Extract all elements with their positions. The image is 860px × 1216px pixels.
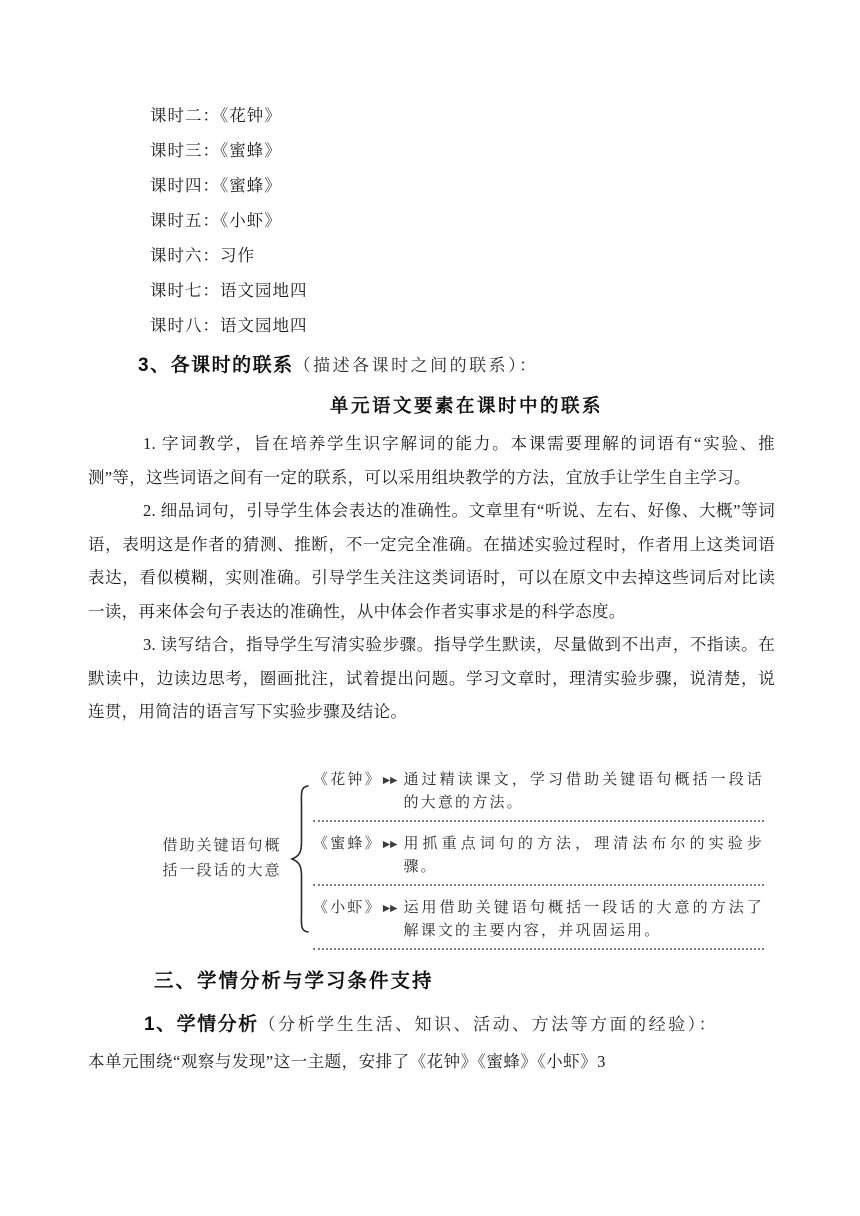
list-item: 课时六：习作 bbox=[88, 238, 775, 273]
list-item: 课时七：语文园地四 bbox=[88, 273, 775, 308]
double-arrow-icon: ▶▶ bbox=[382, 769, 404, 792]
list-item: 课时三：《蜜蜂》 bbox=[88, 133, 775, 168]
diagram-row-desc: 用抓重点词句的方法，理清法布尔的实验步骤。 bbox=[403, 833, 764, 879]
curly-brace-icon bbox=[288, 783, 310, 935]
lesson-schedule-list: 课时二：《花钟》 课时三：《蜜蜂》 课时四：《蜜蜂》 课时五：《小虾》 课时六：… bbox=[88, 98, 775, 343]
subheading-unit-element-links: 单元语文要素在课时中的联系 bbox=[158, 392, 775, 420]
section-heading-note: （描述各课时之间的联系）： bbox=[294, 356, 539, 375]
list-item: 课时五：《小虾》 bbox=[88, 203, 775, 238]
paragraph-read-write: 3. 读写结合，指导学生写清实验步骤。指导学生默读，尽量做到不出声，不指读。在默… bbox=[88, 628, 775, 729]
diagram-row-desc: 运用借助关键语句概括一段话的大意的方法了解课文的主要内容，并巩固运用。 bbox=[403, 897, 764, 943]
diagram-label-line1: 借助关键语句概 bbox=[158, 834, 286, 859]
diagram-label-line2: 括一段话的大意 bbox=[158, 859, 286, 884]
double-arrow-icon: ▶▶ bbox=[382, 897, 404, 920]
subsection-heading-learner-analysis: 1、学情分析（分析学生生活、知识、活动、方法等方面的经验）： bbox=[88, 1010, 775, 1041]
list-item: 课时四：《蜜蜂》 bbox=[88, 168, 775, 203]
list-item: 课时二：《花钟》 bbox=[88, 98, 775, 133]
list-item: 课时八：语文园地四 bbox=[88, 308, 775, 343]
double-arrow-icon: ▶▶ bbox=[382, 833, 404, 856]
diagram-row-source: 《蜜蜂》 bbox=[313, 833, 382, 856]
section-heading-number-title: 3、各课时的联系 bbox=[138, 355, 294, 376]
diagram-left-label: 借助关键语句概 括一段话的大意 bbox=[158, 834, 286, 884]
diagram-rows: 《花钟》 ▶▶ 通过精读课文，学习借助关键语句概括一段话的大意的方法。 《蜜蜂》… bbox=[313, 769, 764, 950]
chapter-heading-learner-analysis: 三、学情分析与学习条件支持 bbox=[88, 966, 775, 996]
concept-map-diagram: 借助关键语句概 括一段话的大意 《花钟》 ▶▶ 通过精读课文，学习借助关键语句概… bbox=[158, 769, 764, 950]
section-heading-lesson-links: 3、各课时的联系（描述各课时之间的联系）： bbox=[88, 351, 775, 382]
subsection-note: （分析学生生活、知识、活动、方法等方面的经验）： bbox=[259, 1015, 719, 1034]
paragraph-word-teaching: 1. 字词教学，旨在培养学生识字解词的能力。本课需要理解的词语有“实验、推测”等… bbox=[88, 427, 775, 494]
paragraph-word-sentence: 2. 细品词句，引导学生体会表达的准确性。文章里有“听说、左右、好像、大概”等词… bbox=[88, 494, 775, 628]
diagram-row-mifeng: 《蜜蜂》 ▶▶ 用抓重点词句的方法，理清法布尔的实验步骤。 bbox=[313, 833, 764, 886]
subsection-number-title: 1、学情分析 bbox=[144, 1014, 259, 1035]
diagram-row-desc: 通过精读课文，学习借助关键语句概括一段话的大意的方法。 bbox=[403, 769, 764, 815]
diagram-row-source: 《小虾》 bbox=[313, 897, 382, 920]
diagram-row-huazhong: 《花钟》 ▶▶ 通过精读课文，学习借助关键语句概括一段话的大意的方法。 bbox=[313, 769, 764, 822]
paragraph-unit-theme: 本单元围绕“观察与发现”这一主题，安排了《花钟》《蜜蜂》《小虾》3 bbox=[88, 1045, 775, 1079]
document-page: 课时二：《花钟》 课时三：《蜜蜂》 课时四：《蜜蜂》 课时五：《小虾》 课时六：… bbox=[0, 0, 860, 1216]
diagram-row-xiaoxia: 《小虾》 ▶▶ 运用借助关键语句概括一段话的大意的方法了解课文的主要内容，并巩固… bbox=[313, 897, 764, 950]
diagram-row-source: 《花钟》 bbox=[313, 769, 382, 792]
